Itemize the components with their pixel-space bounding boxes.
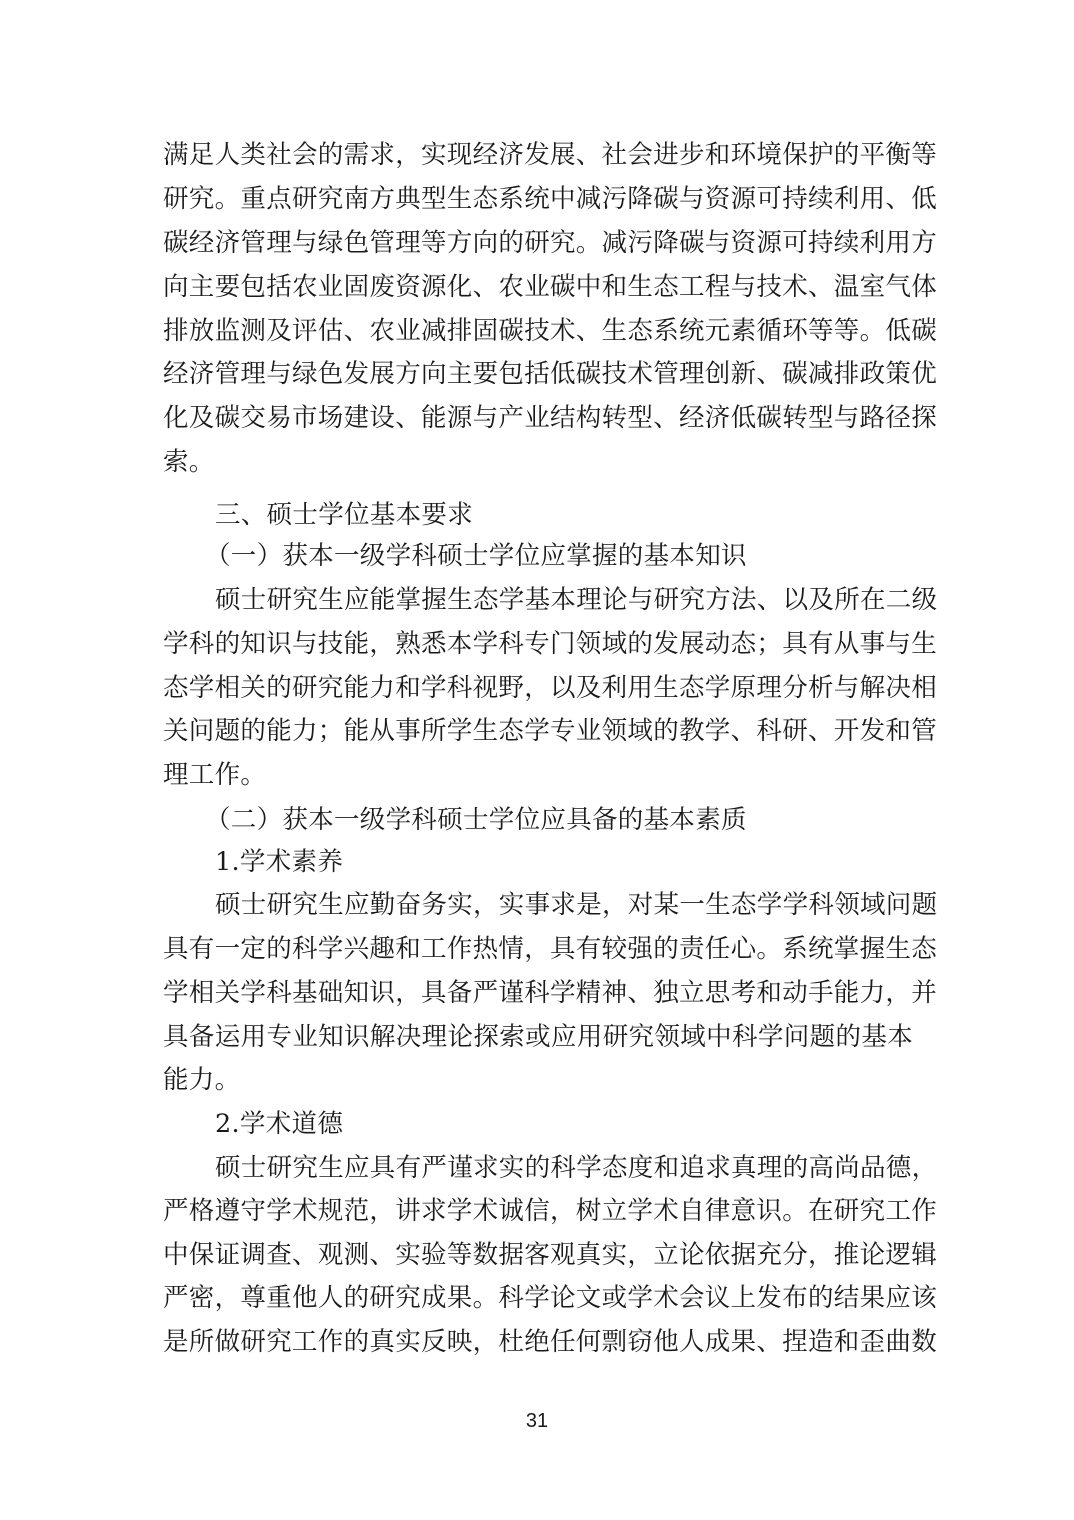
text-line: 满足人类社会的需求，实现经济发展、社会进步和环境保护的平衡等 <box>163 135 913 175</box>
text-line: 是所做研究工作的真实反映，杜绝任何剽窃他人成果、捏造和歪曲数 <box>163 1322 913 1362</box>
text-line: 硕士研究生应能掌握生态学基本理论与研究方法、以及所在二级 <box>215 580 913 620</box>
subheading-basic-knowledge: （一）获本一级学科硕士学位应掌握的基本知识 <box>205 536 747 576</box>
text-line: 具有一定的科学兴趣和工作热情，具有较强的责任心。系统掌握生态 <box>163 929 913 969</box>
text-line: 学科的知识与技能，熟悉本学科专门领域的发展动态；具有从事与生 <box>163 624 913 664</box>
text-line: 硕士研究生应具有严谨求实的科学态度和追求真理的高尚品德， <box>215 1148 913 1188</box>
text-line: 关问题的能力；能从事所学生态学专业领域的教学、科研、开发和管 <box>163 711 913 751</box>
subheading-basic-qualities: （二）获本一级学科硕士学位应具备的基本素质 <box>205 800 747 840</box>
text-line: 硕士研究生应勤奋务实，实事求是，对某一生态学学科领域问题 <box>215 885 913 925</box>
document-page: 满足人类社会的需求，实现经济发展、社会进步和环境保护的平衡等 研究。重点研究南方… <box>0 0 1074 1520</box>
text-line: 排放监测及评估、农业减排固碳技术、生态系统元素循环等等。低碳 <box>163 311 913 351</box>
text-line: 碳经济管理与绿色管理等方向的研究。减污降碳与资源可持续利用方 <box>163 223 913 263</box>
text-line: 具备运用专业知识解决理论探索或应用研究领域中科学问题的基本 <box>163 1017 913 1057</box>
text-line: 中保证调查、观测、实验等数据客观真实，立论依据充分，推论逻辑 <box>163 1235 913 1275</box>
text-line: 理工作。 <box>163 755 913 795</box>
text-line: 严格遵守学术规范，讲求学术诚信，树立学术自律意识。在研究工作 <box>163 1191 913 1231</box>
text-line: 学相关学科基础知识，具备严谨科学精神、独立思考和动手能力，并 <box>163 973 913 1013</box>
text-line: 索。 <box>163 442 913 482</box>
text-line: 态学相关的研究能力和学科视野，以及利用生态学原理分析与解决相 <box>163 668 913 708</box>
item-title-academic-ethics: 2.学术道德 <box>215 1104 343 1144</box>
section-heading: 三、硕士学位基本要求 <box>215 495 473 535</box>
text-line: 化及碳交易市场建设、能源与产业结构转型、经济低碳转型与路径探 <box>163 398 913 438</box>
text-line: 经济管理与绿色发展方向主要包括低碳技术管理创新、碳减排政策优 <box>163 354 913 394</box>
item-title-academic-literacy: 1.学术素养 <box>215 842 343 882</box>
page-number: 31 <box>0 1410 1074 1433</box>
text-line: 向主要包括农业固废资源化、农业碳中和生态工程与技术、温室气体 <box>163 267 913 307</box>
text-line: 能力。 <box>163 1060 913 1100</box>
text-line: 严密，尊重他人的研究成果。科学论文或学术会议上发布的结果应该 <box>163 1278 913 1318</box>
text-line: 研究。重点研究南方典型生态系统中减污降碳与资源可持续利用、低 <box>163 179 913 219</box>
